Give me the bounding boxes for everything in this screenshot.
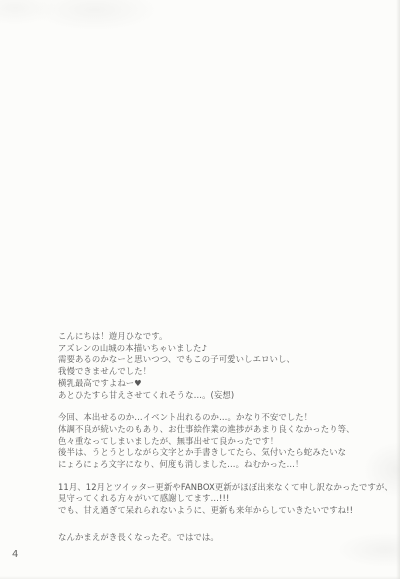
scanned-afterword-page: こんにちは！遊月ひなです。アズレンの山城の本描いちゃいました♪需要あるのかなーと… bbox=[0, 0, 400, 579]
page-edge-shadow-right bbox=[396, 0, 400, 579]
afterword-line: 需要あるのかなーと思いつつ、でもこの子可愛いしエロいし、 bbox=[58, 354, 393, 366]
afterword-line: なんかまえがき長くなったぞ。ではでは。 bbox=[58, 532, 393, 544]
afterword-line: 今回、本出せるのか…イベント出れるのか…。かなり不安でした！ bbox=[58, 412, 393, 424]
afterword-line: アズレンの山城の本描いちゃいました♪ bbox=[58, 343, 393, 355]
afterword-line: 体調不良が続いたのもあり、お仕事絵作業の進捗があまり良くなかったり等、 bbox=[58, 424, 393, 436]
afterword-line: 11月、12月とツイッター更新やFANBOX更新がほぼ出来なくて申し訳なかったで… bbox=[58, 482, 393, 494]
afterword-paragraph: 今回、本出せるのか…イベント出れるのか…。かなり不安でした！体調不良が続いたのも… bbox=[58, 412, 393, 471]
afterword-text-block: こんにちは！遊月ひなです。アズレンの山城の本描いちゃいました♪需要あるのかなーと… bbox=[58, 331, 393, 544]
afterword-paragraph: 11月、12月とツイッター更新やFANBOX更新がほぼ出来なくて申し訳なかったで… bbox=[58, 482, 393, 517]
afterword-line: 我慢できませんでした！ bbox=[58, 366, 393, 378]
afterword-line: こんにちは！遊月ひなです。 bbox=[58, 331, 393, 343]
afterword-line: 色々重なってしまいましたが、無事出せて良かったです！ bbox=[58, 436, 393, 448]
afterword-line: 横乳最高ですよねー♥ bbox=[58, 378, 393, 390]
afterword-line: 見守ってくれる方々がいて感謝してます…!!! bbox=[58, 493, 393, 505]
afterword-line: 後半は、うとうとしながら文字とか手書きしてたら、気付いたら蛇みたいな bbox=[58, 447, 393, 459]
afterword-paragraph: こんにちは！遊月ひなです。アズレンの山城の本描いちゃいました♪需要あるのかなーと… bbox=[58, 331, 393, 401]
afterword-line: あとひたすら甘えさせてくれそうな…。(妄想) bbox=[58, 390, 393, 402]
afterword-line: でも、甘え過ぎて呆れられないように、更新も来年からしていきたいですね!! bbox=[58, 505, 393, 517]
afterword-paragraph: なんかまえがき長くなったぞ。ではでは。 bbox=[58, 532, 393, 544]
page-number: 4 bbox=[12, 549, 18, 561]
afterword-line: にょろにょろ文字になり、何度も消しました…。ねむかった…！ bbox=[58, 459, 393, 471]
